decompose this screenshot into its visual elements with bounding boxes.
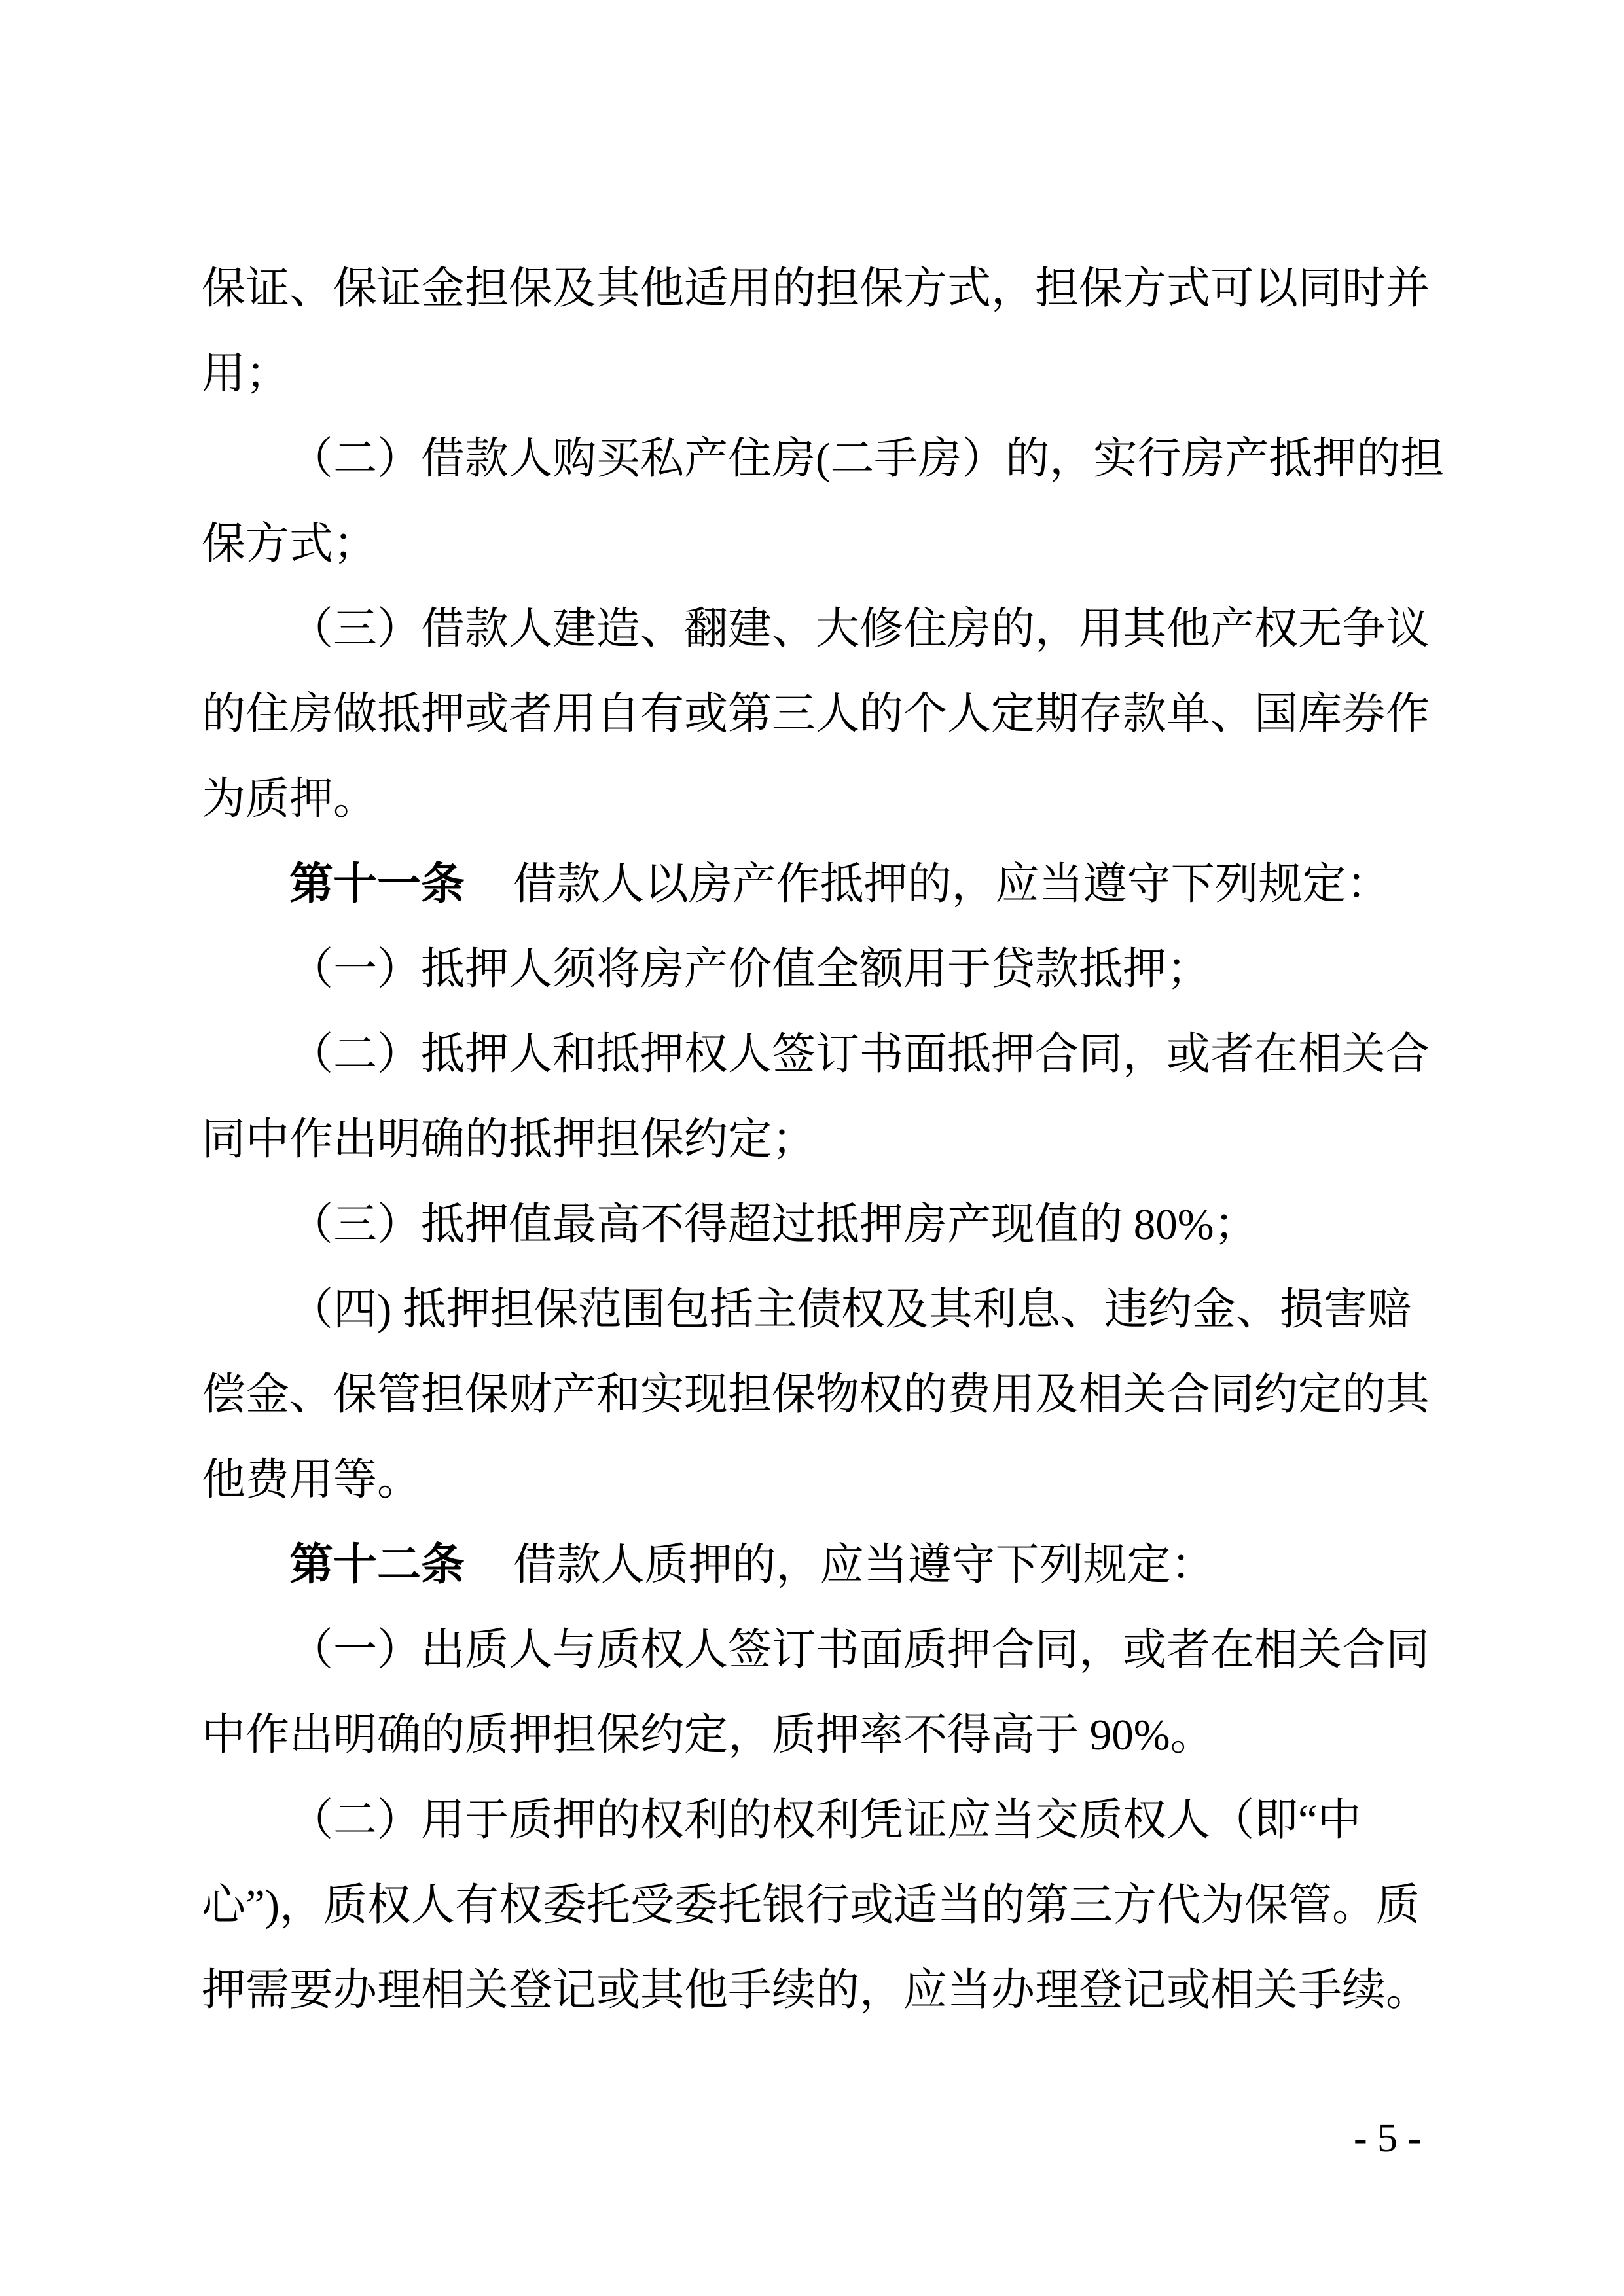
text-line: 心”)，质权人有权委托受委托银行或适当的第三方代为保管。质 [202,1863,1432,1948]
article-term: 第十二条 [289,1541,465,1589]
text-run: （二）抵押人和抵押权人签订书面抵押合同，或者在相关合 [289,1030,1430,1079]
text-run: 的住房做抵押或者用自有或第三人的个人定期存款单、国库券作 [202,690,1430,738]
text-line: （四) 抵押担保范围包括主债权及其利息、违约金、损害赔 [202,1267,1432,1352]
text-run: 为质押。 [202,775,377,823]
text-line: 中作出明确的质押担保约定，质押率不得高于 90%。 [202,1693,1432,1778]
text-line: （三）借款人建造、翻建、大修住房的，用其他产权无争议 [202,586,1432,672]
text-line: 偿金、保管担保财产和实现担保物权的费用及相关合同约定的其 [202,1352,1432,1437]
text-line: 保方式； [202,501,1432,586]
text-line: 他费用等。 [202,1437,1432,1522]
text-line: 保证、保证金担保及其他适用的担保方式，担保方式可以同时并 [202,246,1432,331]
text-run: 心”)，质权人有权委托受委托银行或适当的第三方代为保管。质 [202,1881,1420,1929]
body-text: 保证、保证金担保及其他适用的担保方式，担保方式可以同时并 用； （二）借款人购买… [202,246,1432,2033]
text-line: 押需要办理相关登记或其他手续的，应当办理登记或相关手续。 [202,1948,1432,2033]
text-line-article-12: 第十二条借款人质押的，应当遵守下列规定： [202,1522,1432,1607]
text-run: 同中作出明确的抵押担保约定； [202,1115,816,1164]
text-run: （一）出质人与质权人签订书面质押合同，或者在相关合同 [289,1626,1430,1674]
text-run: 保证、保证金担保及其他适用的担保方式，担保方式可以同时并 [202,264,1430,313]
text-run: （三）抵押值最高不得超过抵押房产现值的 80%； [289,1200,1258,1249]
text-run: 偿金、保管担保财产和实现担保物权的费用及相关合同约定的其 [202,1371,1430,1419]
text-line: （一）抵押人须将房产价值全额用于贷款抵押； [202,927,1432,1012]
text-line: （二）借款人购买私产住房(二手房）的，实行房产抵押的担 [202,416,1432,501]
text-line: 用； [202,331,1432,416]
text-run: （四) 抵押担保范围包括主债权及其利息、违约金、损害赔 [289,1285,1411,1334]
text-line: （一）出质人与质权人签订书面质押合同，或者在相关合同 [202,1607,1432,1693]
text-run: （一）抵押人须将房产价值全额用于贷款抵押； [289,945,1210,994]
text-run: （二）用于质押的权利的权利凭证应当交质权人（即“中 [289,1796,1362,1844]
text-line: （三）抵押值最高不得超过抵押房产现值的 80%； [202,1182,1432,1267]
text-line: 为质押。 [202,757,1432,842]
document-page: 保证、保证金担保及其他适用的担保方式，担保方式可以同时并 用； （二）借款人购买… [0,0,1624,2296]
text-run: 他费用等。 [202,1456,421,1504]
text-run: 押需要办理相关登记或其他手续的，应当办理登记或相关手续。 [202,1966,1430,2015]
text-run: （二）借款人购买私产住房(二手房）的，实行房产抵押的担 [289,435,1444,483]
text-run: 用； [202,350,289,398]
text-run: 借款人质押的，应当遵守下列规定： [513,1541,1215,1589]
text-run: （三）借款人建造、翻建、大修住房的，用其他产权无争议 [289,605,1430,653]
text-line: （二）用于质押的权利的权利凭证应当交质权人（即“中 [202,1778,1432,1863]
page-number: - 5 - [1354,2118,1421,2159]
text-run: 保方式； [202,520,377,568]
text-run: 借款人以房产作抵押的，应当遵守下列规定： [513,860,1390,908]
text-line: 的住房做抵押或者用自有或第三人的个人定期存款单、国库券作 [202,672,1432,757]
article-term: 第十一条 [289,860,465,908]
text-run: 中作出明确的质押担保约定，质押率不得高于 90%。 [202,1711,1214,1759]
text-line-article-11: 第十一条借款人以房产作抵押的，应当遵守下列规定： [202,842,1432,927]
text-line: 同中作出明确的抵押担保约定； [202,1097,1432,1182]
text-line: （二）抵押人和抵押权人签订书面抵押合同，或者在相关合 [202,1012,1432,1097]
